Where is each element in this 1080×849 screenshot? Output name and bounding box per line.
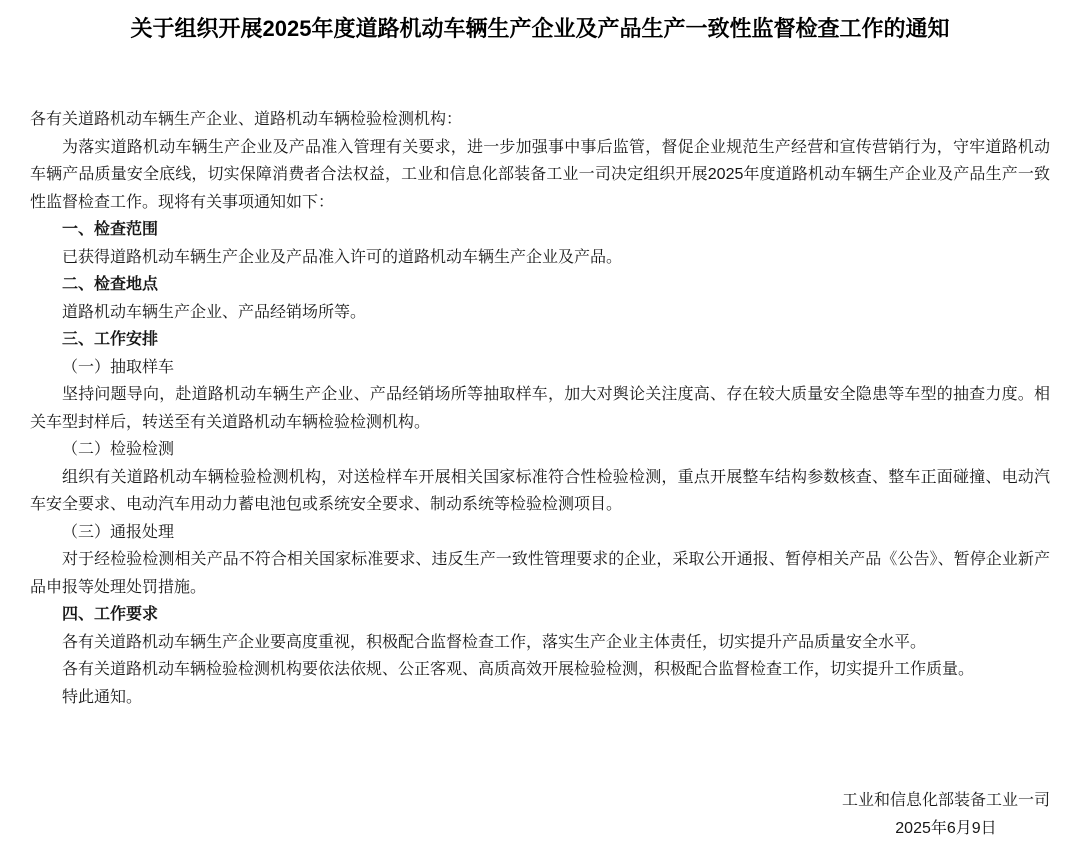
section-heading-scope: 一、检查范围: [30, 216, 1050, 244]
section-heading-requirements: 四、工作要求: [30, 601, 1050, 629]
subsection-heading-inspection: （二）检验检测: [30, 436, 1050, 464]
section-paragraph-requirements-2: 各有关道路机动车辆检验检测机构要依法依规、公正客观、高质高效开展检验检测，积极配…: [30, 656, 1050, 684]
subsection-heading-handling: （三）通报处理: [30, 519, 1050, 547]
subsection-paragraph-inspection: 组织有关道路机动车辆检验检测机构，对送检样车开展相关国家标准符合性检验检测，重点…: [30, 464, 1050, 519]
section-paragraph-scope: 已获得道路机动车辆生产企业及产品准入许可的道路机动车辆生产企业及产品。: [30, 244, 1050, 272]
notice-document: 关于组织开展2025年度道路机动车辆生产企业及产品生产一致性监督检查工作的通知 …: [0, 0, 1080, 849]
page: { "notice": { "title": "关于组织开展2025年度道路机动…: [0, 0, 1080, 849]
subsection-paragraph-handling: 对于经检验检测相关产品不符合相关国家标准要求、违反生产一致性管理要求的企业，采取…: [30, 546, 1050, 601]
section-paragraph-location: 道路机动车辆生产企业、产品经销场所等。: [30, 299, 1050, 327]
document-title: 关于组织开展2025年度道路机动车辆生产企业及产品生产一致性监督检查工作的通知: [30, 14, 1050, 44]
signature-date: 2025年6月9日: [842, 815, 1050, 843]
subsection-paragraph-sampling: 坚持问题导向，赴道路机动车辆生产企业、产品经销场所等抽取样车，加大对舆论关注度高…: [30, 381, 1050, 436]
subsection-heading-sampling: （一）抽取样车: [30, 354, 1050, 382]
salutation: 各有关道路机动车辆生产企业、道路机动车辆检验检测机构：: [30, 106, 1050, 134]
signature-issuer: 工业和信息化部装备工业一司: [842, 787, 1050, 815]
section-paragraph-requirements-1: 各有关道路机动车辆生产企业要高度重视，积极配合监督检查工作，落实生产企业主体责任…: [30, 629, 1050, 657]
intro-paragraph: 为落实道路机动车辆生产企业及产品准入管理有关要求，进一步加强事中事后监管，督促企…: [30, 134, 1050, 217]
section-heading-location: 二、检查地点: [30, 271, 1050, 299]
document-body: 各有关道路机动车辆生产企业、道路机动车辆检验检测机构： 为落实道路机动车辆生产企…: [30, 106, 1050, 711]
closing-line: 特此通知。: [30, 684, 1050, 712]
signature-block: 工业和信息化部装备工业一司 2025年6月9日: [842, 787, 1050, 842]
section-heading-arrangement: 三、工作安排: [30, 326, 1050, 354]
